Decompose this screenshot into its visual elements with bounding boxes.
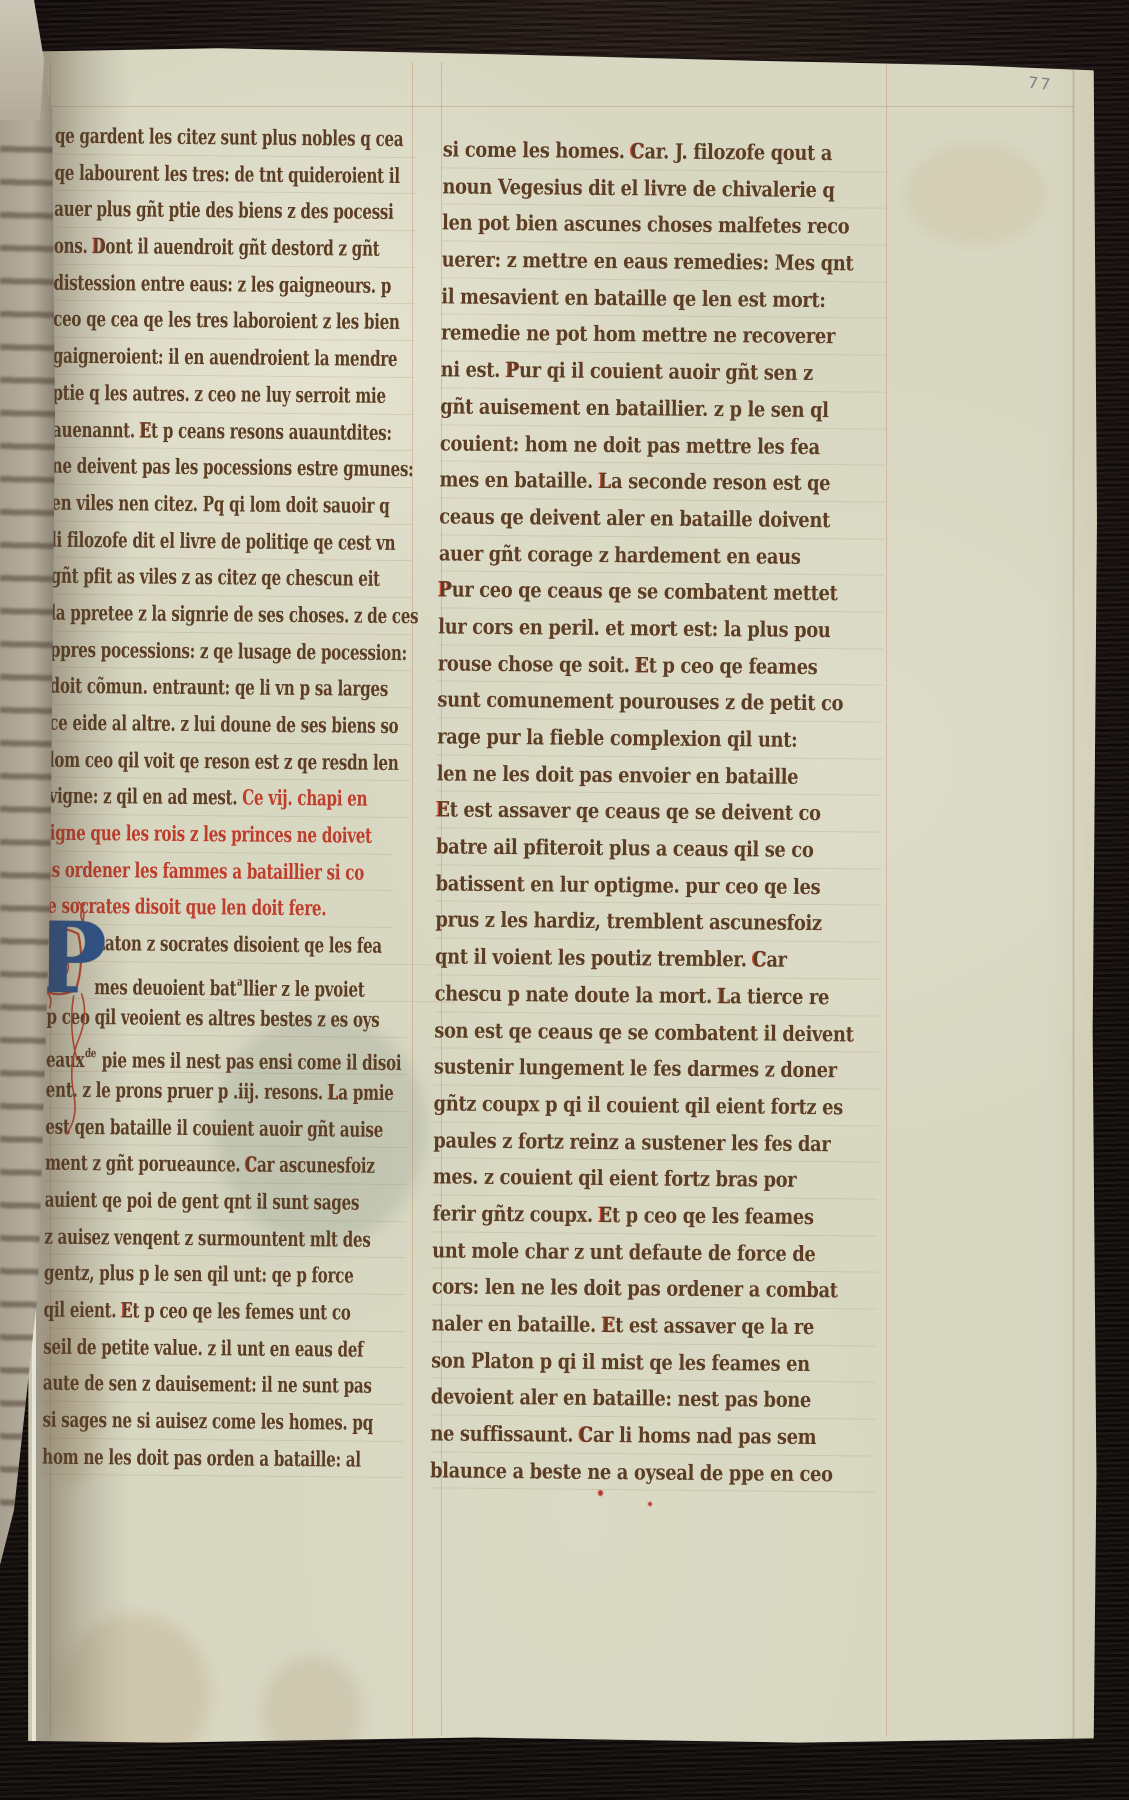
text-segment-ink: blaunce a beste ne a oyseal de ppe en ce… bbox=[430, 1457, 833, 1486]
text-line: rage pur la fieble complexion qil unt: bbox=[437, 718, 883, 759]
text-line: gñt auisement en bataillier. z p le sen … bbox=[440, 388, 886, 429]
text-segment-ink: llier z le pvoiet bbox=[243, 975, 365, 1001]
text-segment-ink: mes en bataille. bbox=[439, 467, 599, 494]
text-block: qe gardent les citez sunt plus nobles q … bbox=[10, 43, 1098, 1755]
text-segment-ink: a tierce re bbox=[730, 983, 829, 1009]
text-line: son Platon p qi il mist qe les feames en bbox=[431, 1342, 877, 1383]
text-segment-ink: ferir gñtz coupx. bbox=[432, 1200, 598, 1227]
text-line: devoient aler en bataille: nest pas bone bbox=[431, 1379, 877, 1420]
text-segment-ink: pie mes il nest pas ensi come il disoi bbox=[97, 1047, 402, 1075]
text-line: rouse chose qe soit. Et p ceo qe feames bbox=[438, 645, 884, 686]
text-segment-touch: E bbox=[599, 1202, 613, 1227]
text-segment-ink: uerer: z mettre en eaus remedies: Mes qn… bbox=[442, 246, 854, 275]
text-segment-ink: batissent en lur optigme. pur ceo qe les bbox=[436, 870, 821, 899]
text-segment-ink: t est assaver qe la re bbox=[615, 1312, 814, 1339]
text-line: couient: hom ne doit pas mettre les fea bbox=[440, 425, 886, 466]
text-segment-ink: batre ail pfiteroit plus a ceaus qil se … bbox=[436, 833, 814, 862]
text-line: qnt il voient les poutiz trembler. Car bbox=[435, 939, 881, 980]
text-segment-ink: t p ceo qe feames bbox=[649, 652, 818, 679]
text-segment-ink: len ne les doit pas envoier en bataille bbox=[437, 760, 799, 788]
text-line: il mesavient en bataille qe len est mort… bbox=[441, 278, 887, 319]
text-segment-touch: C bbox=[630, 138, 644, 163]
text-segment-ink: noun Vegesius dit el livre de chivalerie… bbox=[442, 173, 834, 202]
text-segment-ink: t p ceans resons auauntdites: bbox=[151, 417, 392, 444]
text-line: chescu p nate doute la mort. La tierce r… bbox=[434, 975, 880, 1016]
text-segment-ink: auer gñt corage z hardement en eaus bbox=[439, 540, 801, 568]
text-segment-ink: ar bbox=[766, 947, 787, 972]
text-segment-ink: son est qe ceaus qe se combatent il deiv… bbox=[434, 1017, 853, 1046]
text-segment-ink: gñtz coupx p qi il couient qil eient for… bbox=[434, 1090, 844, 1119]
text-line: remedie ne pot hom mettre ne recoverer bbox=[441, 315, 887, 356]
text-segment-ink: mes. z couient qil eient fortz bras por bbox=[433, 1164, 797, 1192]
text-segment-ink: cors: len ne les doit pas ordener a comb… bbox=[432, 1274, 838, 1303]
text-segment-touch: C bbox=[245, 1152, 257, 1177]
text-line: auer gñt corage z hardement en eaus bbox=[439, 535, 885, 576]
text-line: ceaus qe deivent aler en bataille doiven… bbox=[439, 498, 885, 539]
text-segment-ink: len pot bien ascunes choses malfetes rec… bbox=[442, 210, 849, 239]
text-segment-ink: gñt auisement en bataillier. z p le sen … bbox=[440, 393, 829, 422]
text-segment-ink: rouse chose qe soit. bbox=[438, 650, 636, 677]
text-segment-rubric: Ce vij. chapi en bbox=[242, 785, 367, 811]
text-line: uerer: z mettre en eaus remedies: Mes qn… bbox=[442, 241, 888, 282]
text-segment-touch: E bbox=[140, 417, 151, 442]
text-line: sunt comunement pourouses z de petit co bbox=[437, 682, 883, 723]
text-segment-ink: ur qi il couient auoir gñt sen z bbox=[519, 357, 813, 385]
text-segment-touch: P bbox=[506, 357, 519, 382]
text-segment-ink: t p ceo qe les feames bbox=[612, 1202, 814, 1229]
text-segment-ink: remedie ne pot hom mettre ne recoverer bbox=[441, 320, 835, 349]
facing-page-corner bbox=[0, 0, 46, 120]
text-segment-sup: a bbox=[237, 974, 242, 988]
text-line: len pot bien ascunes choses malfetes rec… bbox=[442, 205, 888, 246]
text-segment-ink: il mesavient en bataille qe len est mort… bbox=[441, 283, 825, 312]
text-segment-ink: paules z fortz reinz a sustener les fes … bbox=[433, 1127, 830, 1156]
text-segment-ink: t p ceo qe les femes unt co bbox=[132, 1298, 350, 1325]
text-segment-ink: unt mole char z unt defaute de force de bbox=[432, 1237, 816, 1266]
text-segment-touch: E bbox=[635, 652, 649, 677]
text-line: batre ail pfiteroit plus a ceaus qil se … bbox=[436, 828, 882, 869]
text-segment-touch: C bbox=[752, 947, 766, 972]
text-segment-ink: couient: hom ne doit pas mettre les fea bbox=[440, 430, 820, 459]
text-segment-ink: lur cors en peril. et mort est: la plus … bbox=[438, 613, 831, 642]
text-line: si come les homes. Car. J. filozofe qout… bbox=[443, 131, 889, 172]
manuscript-photo: 77 qe gardent les citez sunt plus nobles… bbox=[0, 0, 1129, 1800]
text-line: mes. z couient qil eient fortz bras por bbox=[433, 1159, 879, 1200]
text-segment-ink: qnt il voient les poutiz trembler. bbox=[435, 944, 753, 972]
text-segment-ink: Laton z socrates disoient qe les fea bbox=[95, 930, 382, 958]
text-segment-ink: ur ceo qe ceaus qe se combatent mettet bbox=[452, 577, 838, 606]
text-line: ne suffissaunt. Car li homs nad pas sem bbox=[430, 1415, 876, 1456]
text-segment-ink: son Platon p qi il mist qe les feames en bbox=[431, 1347, 810, 1376]
text-segment-ink: ar ascunesfoiz bbox=[257, 1152, 375, 1178]
text-segment-ink: ar. J. filozofe qout a bbox=[644, 138, 832, 165]
manuscript-page: 77 qe gardent les citez sunt plus nobles… bbox=[26, 44, 1098, 1746]
text-line: cors: len ne les doit pas ordener a comb… bbox=[432, 1269, 878, 1310]
text-segment-touch: P bbox=[438, 577, 451, 602]
text-segment-ink: ceaus qe deivent aler en bataille doiven… bbox=[439, 503, 830, 532]
text-line: prus z les hardiz, tremblent ascunesfoiz bbox=[435, 902, 881, 943]
text-line: Pur ceo qe ceaus qe se combatent mettet bbox=[438, 572, 884, 613]
text-line: batissent en lur optigme. pur ceo qe les bbox=[436, 865, 882, 906]
text-segment-touch: L bbox=[718, 983, 730, 1008]
text-segment-touch: L bbox=[599, 468, 611, 493]
text-line: mes en bataille. La seconde reson est qe bbox=[439, 462, 885, 503]
text-segment-ink: sustenir lungement le fes darmes z doner bbox=[434, 1054, 837, 1083]
text-segment-ink: naler en bataille. bbox=[431, 1310, 602, 1337]
text-segment-ink: t est assaver qe ceaus qe se deivent co bbox=[450, 797, 821, 826]
text-line: lur cors en peril. et mort est: la plus … bbox=[438, 608, 884, 649]
text-segment-ink: chescu p nate doute la mort. bbox=[435, 980, 718, 1008]
text-line: paules z fortz reinz a sustener les fes … bbox=[433, 1122, 879, 1163]
text-line: ferir gñtz coupx. Et p ceo qe les feames bbox=[432, 1195, 878, 1236]
text-segment-touch: E bbox=[602, 1312, 616, 1337]
text-line: son est qe ceaus qe se combatent il deiv… bbox=[434, 1012, 880, 1053]
text-segment-ink: sunt comunement pourouses z de petit co bbox=[437, 687, 843, 716]
text-segment-ink: ni est. bbox=[441, 357, 507, 383]
text-line: gñtz coupx p qi il couient qil eient for… bbox=[433, 1085, 879, 1126]
text-line: blaunce a beste ne a oyseal de ppe en ce… bbox=[430, 1452, 876, 1493]
text-segment-ink: rage pur la fieble complexion qil unt: bbox=[437, 723, 797, 751]
text-line: unt mole char z unt defaute de force de bbox=[432, 1232, 878, 1273]
text-line: naler en bataille. Et est assaver qe la … bbox=[431, 1305, 877, 1346]
text-segment-touch: L bbox=[328, 1079, 339, 1104]
text-column-right: si come les homes. Car. J. filozofe qout… bbox=[430, 131, 891, 1493]
text-segment-ink: a pmie bbox=[338, 1079, 394, 1105]
text-segment-ink: devoient aler en bataille: nest pas bone bbox=[431, 1384, 811, 1413]
text-line: sustenir lungement le fes darmes z doner bbox=[434, 1049, 880, 1090]
text-segment-touch: C bbox=[579, 1422, 593, 1447]
text-segment-ink: ne suffissaunt. bbox=[430, 1420, 579, 1446]
text-line: noun Vegesius dit el livre de chivalerie… bbox=[442, 168, 888, 209]
text-segment-ink: ar li homs nad pas sem bbox=[593, 1422, 817, 1449]
text-segment-ink: prus z les hardiz, tremblent ascunesfoiz bbox=[435, 907, 822, 936]
text-segment-ink: a seconde reson est qe bbox=[611, 468, 830, 495]
text-segment-ink: ont il auendroit gñt destord z gñt bbox=[105, 233, 379, 261]
text-line: Et est assaver qe ceaus qe se deivent co bbox=[436, 792, 882, 833]
text-line: ni est. Pur qi il couient auoir gñt sen … bbox=[440, 352, 886, 393]
text-line: len ne les doit pas envoier en bataille bbox=[437, 755, 883, 796]
text-segment-ink: si come les homes. bbox=[443, 136, 631, 163]
text-segment-touch: E bbox=[436, 797, 450, 822]
